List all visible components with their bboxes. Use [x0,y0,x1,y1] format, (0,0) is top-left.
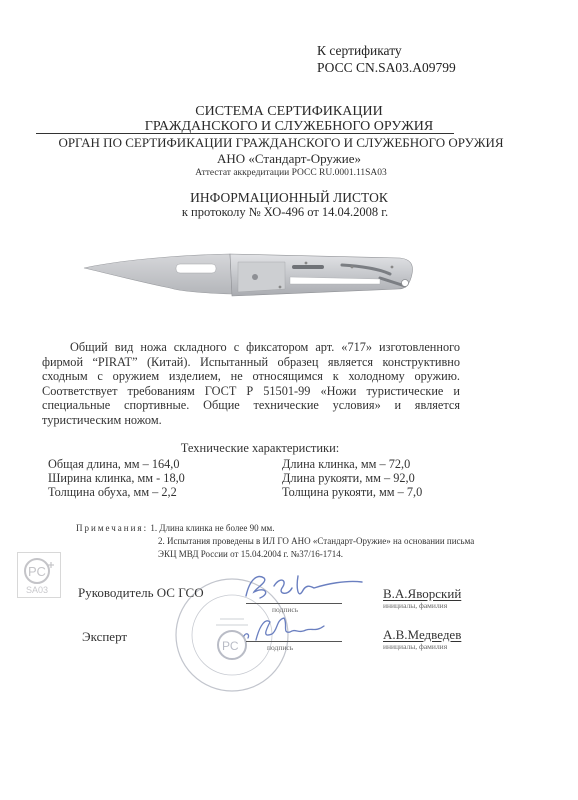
spec-handle-thickness: Толщина рукояти, мм – 7,0 [282,485,422,499]
organ-title: ОРГАН ПО СЕРТИФИКАЦИИ ГРАЖДАНСКОГО И СЛУ… [0,135,570,151]
svg-text:SA03: SA03 [26,585,48,595]
spec-blade-length: Длина клинка, мм – 72,0 [282,457,422,471]
system-title-line-1: СИСТЕМА СЕРТИФИКАЦИИ [0,104,578,120]
reference-line-1: К сертификату [317,42,456,59]
name-caption-expert: инициалы, фамилия [383,642,447,651]
spec-handle-length: Длина рукояти, мм – 92,0 [282,471,422,485]
signatory-role-head: Руководитель ОС ГСО [78,585,204,601]
signature-caption-head: подпись [272,605,298,614]
header-divider [36,133,454,134]
name-caption-head: инициалы, фамилия [383,601,447,610]
signature-line-head [246,603,342,604]
document-title: ИНФОРМАЦИОННЫЙ ЛИСТОК [0,190,578,206]
signatory-role-expert: Эксперт [82,629,127,645]
note-1: 1. Длина клинка не более 90 мм. [150,523,274,533]
reference-number: РОСС CN.SA03.A09799 [317,59,456,76]
notes: Примечания: 1. Длина клинка не более 90 … [76,522,274,535]
pct-certification-logo: РС SA03 [17,552,61,598]
knife-image [80,244,420,304]
specs-right-column: Длина клинка, мм – 72,0 Длина рукояти, м… [282,457,422,499]
name-head: В.А.Яворский [383,586,461,602]
note-2-line-2: ЭКЦ МВД России от 15.04.2004 г. №37/16-1… [158,548,474,561]
certificate-reference: К сертификату РОСС CN.SA03.A09799 [317,42,456,76]
signature-medvedev [236,614,336,644]
signature-yavorsky [236,566,366,604]
name-expert: А.В.Медведев [383,627,461,643]
specs-left-column: Общая длина, мм – 164,0 Ширина клинка, м… [48,457,185,499]
note-2-line-1: 2. Испытания проведены в ИЛ ГО АНО «Стан… [158,535,474,548]
ano-name: АНО «Стандарт-Оружие» [0,151,578,167]
signature-caption-expert: подпись [267,643,293,652]
notes-label: Примечания: [76,523,148,533]
spec-total-length: Общая длина, мм – 164,0 [48,457,185,471]
signature-line-expert [246,641,342,642]
spec-spine-thickness: Толщина обуха, мм – 2,2 [48,485,185,499]
note-2: 2. Испытания проведены в ИЛ ГО АНО «Стан… [158,535,474,560]
description-paragraph: Общий вид ножа складного с фиксатором ар… [42,340,460,428]
accreditation-line: Аттестат аккредитации РОСС RU.0001.11SA0… [2,168,578,178]
specs-title: Технические характеристики: [0,441,520,456]
spec-blade-width: Ширина клинка, мм - 18,0 [48,471,185,485]
protocol-reference: к протоколу № ХО-496 от 14.04.2008 г. [0,205,574,220]
svg-text:РС: РС [28,564,46,579]
